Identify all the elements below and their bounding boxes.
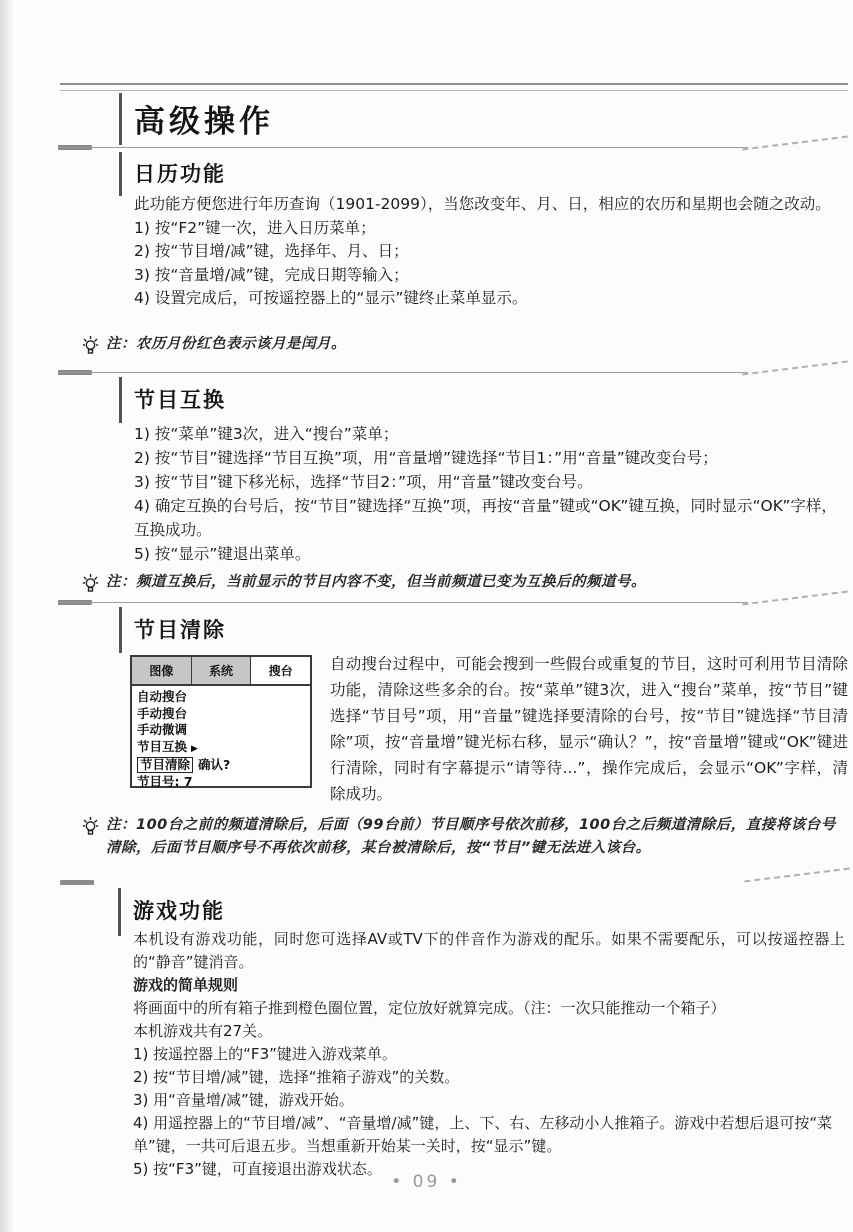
osd-item-manual-search: 手动搜台 xyxy=(137,706,310,723)
note-swap-text: 注：频道互换后，当前显示的节目内容不变，但当前频道已变为互换后的频道号。 xyxy=(106,571,646,594)
divider-line xyxy=(58,372,748,373)
section-vertical-bar xyxy=(119,152,122,196)
osd-confirm-label: 确认? xyxy=(198,757,230,772)
swap-step: 4) 确定互换的台号后，按“节目”键选择“互换”项，再按“音量”键或“OK”键互… xyxy=(134,494,846,542)
game-rule-2: 本机游戏共有27关。 xyxy=(133,1020,845,1043)
game-body: 本机设有游戏功能，同时您可选择AV或TV下的伴音作为游戏的配乐。如果不需要配乐，… xyxy=(133,928,845,1181)
swap-body: 1) 按“菜单”键3次，进入“搜台”菜单；2) 按“节目”键选择“节目互换”项，… xyxy=(134,422,846,566)
osd-tab-picture: 图像 xyxy=(132,657,192,684)
note-clear-text: 注：100台之前的频道清除后，后面（99台前）节目顺序号依次前移，100台之后频… xyxy=(106,814,844,860)
swap-step: 2) 按“节目”键选择“节目互换”项，用“音量增”键选择“节目1：”用“音量”键… xyxy=(134,446,846,470)
divider-line xyxy=(58,602,748,603)
game-rules-heading: 游戏的简单规则 xyxy=(133,974,845,997)
divider-diagonal xyxy=(744,868,849,883)
game-step: 1) 按遥控器上的“F3”键进入游戏菜单。 xyxy=(133,1043,845,1066)
divider-diagonal xyxy=(742,136,847,151)
calendar-step: 2) 按“节目增/减”键，选择年、月、日； xyxy=(134,240,842,264)
calendar-step: 3) 按“音量增/减”键，完成日期等输入； xyxy=(134,264,842,288)
lamp-icon xyxy=(82,814,106,844)
osd-item-program-number: 节目号: 7 xyxy=(137,774,310,791)
top-rule-2 xyxy=(60,90,848,91)
page-title: 高级操作 xyxy=(134,96,274,141)
game-rule-1: 将画面中的所有箱子推到橙色圈位置，定位放好就算完成。（注：一次只能推动一个箱子） xyxy=(133,997,845,1020)
osd-item-swap: 节目互换▶ xyxy=(137,739,310,758)
swap-step: 1) 按“菜单”键3次，进入“搜台”菜单； xyxy=(134,422,846,446)
note-swap: 注：频道互换后，当前显示的节目内容不变，但当前频道已变为互换后的频道号。 xyxy=(82,571,832,601)
swap-step: 5) 按“显示”键退出菜单。 xyxy=(134,542,846,566)
game-step: 4) 用遥控器上的“节目增/减”、“音量增/减”键，上、下、右、左移动小人推箱子… xyxy=(133,1112,845,1158)
osd-menu-figure: 图像 系统 搜台 自动搜台 手动搜台 手动微调 节目互换▶ 节目清除确认? 节目… xyxy=(130,655,312,788)
note-clear: 注：100台之前的频道清除后，后面（99台前）节目顺序号依次前移，100台之后频… xyxy=(82,814,844,860)
game-steps: 1) 按遥控器上的“F3”键进入游戏菜单。2) 按“节目增/减”键，选择“推箱子… xyxy=(133,1043,845,1181)
swap-steps: 1) 按“菜单”键3次，进入“搜台”菜单；2) 按“节目”键选择“节目互换”项，… xyxy=(134,422,846,566)
scan-edge-shadow xyxy=(0,0,14,1232)
calendar-intro: 此功能方便您进行年历查询（1901-2099），当您改变年、月、日，相应的农历和… xyxy=(134,193,842,217)
page-number: • 09 • xyxy=(0,1172,853,1192)
osd-item-list: 自动搜台 手动搜台 手动微调 节目互换▶ 节目清除确认? 节目号: 7 xyxy=(132,686,310,790)
osd-item-auto-search: 自动搜台 xyxy=(137,689,310,706)
osd-item-fine-tune: 手动微调 xyxy=(137,722,310,739)
divider-dash xyxy=(60,880,94,885)
osd-tab-system: 系统 xyxy=(192,657,252,684)
game-step: 2) 按“节目增/减”键，选择“推箱子游戏”的关数。 xyxy=(133,1066,845,1089)
game-intro: 本机设有游戏功能，同时您可选择AV或TV下的伴音作为游戏的配乐。如果不需要配乐，… xyxy=(133,928,845,974)
lamp-icon xyxy=(82,333,106,363)
note-calendar-text: 注：农历月份红色表示该月是闰月。 xyxy=(106,333,346,356)
osd-item-clear: 节目清除确认? xyxy=(137,757,310,774)
section-vertical-bar xyxy=(119,377,122,423)
section-vertical-bar xyxy=(119,607,122,653)
section-heading-game: 游戏功能 xyxy=(133,895,225,925)
calendar-body: 此功能方便您进行年历查询（1901-2099），当您改变年、月、日，相应的农历和… xyxy=(134,193,842,311)
section-vertical-bar xyxy=(118,888,121,936)
lamp-icon xyxy=(82,571,106,601)
osd-selected-item: 节目清除 xyxy=(137,757,193,773)
manual-page: 高级操作 日历功能 此功能方便您进行年历查询（1901-2099），当您改变年、… xyxy=(0,0,853,1232)
osd-tab-search: 搜台 xyxy=(251,657,310,684)
calendar-step: 4) 设置完成后，可按遥控器上的“显示”键终止菜单显示。 xyxy=(134,287,842,311)
note-calendar: 注：农历月份红色表示该月是闰月。 xyxy=(82,333,832,363)
title-vertical-bar xyxy=(119,93,122,145)
swap-step: 3) 按“节目”键下移光标，选择“节目2：”项，用“音量”键改变台号。 xyxy=(134,470,846,494)
divider-line xyxy=(58,147,748,148)
section-heading-swap: 节目互换 xyxy=(134,384,226,414)
section-heading-clear: 节目清除 xyxy=(134,614,226,644)
clear-paragraph: 自动搜台过程中，可能会搜到一些假台或重复的节目，这时可利用节目清除功能，清除这些… xyxy=(330,651,848,807)
calendar-step: 1) 按“F2”键一次，进入日历菜单； xyxy=(134,217,842,241)
game-step: 3) 用“音量增/减”键，游戏开始。 xyxy=(133,1089,845,1112)
arrow-right-icon: ▶ xyxy=(191,744,198,754)
calendar-steps: 1) 按“F2”键一次，进入日历菜单；2) 按“节目增/减”键，选择年、月、日；… xyxy=(134,217,842,311)
top-rule xyxy=(60,83,848,85)
section-heading-calendar: 日历功能 xyxy=(134,158,226,188)
osd-tab-row: 图像 系统 搜台 xyxy=(132,657,310,686)
